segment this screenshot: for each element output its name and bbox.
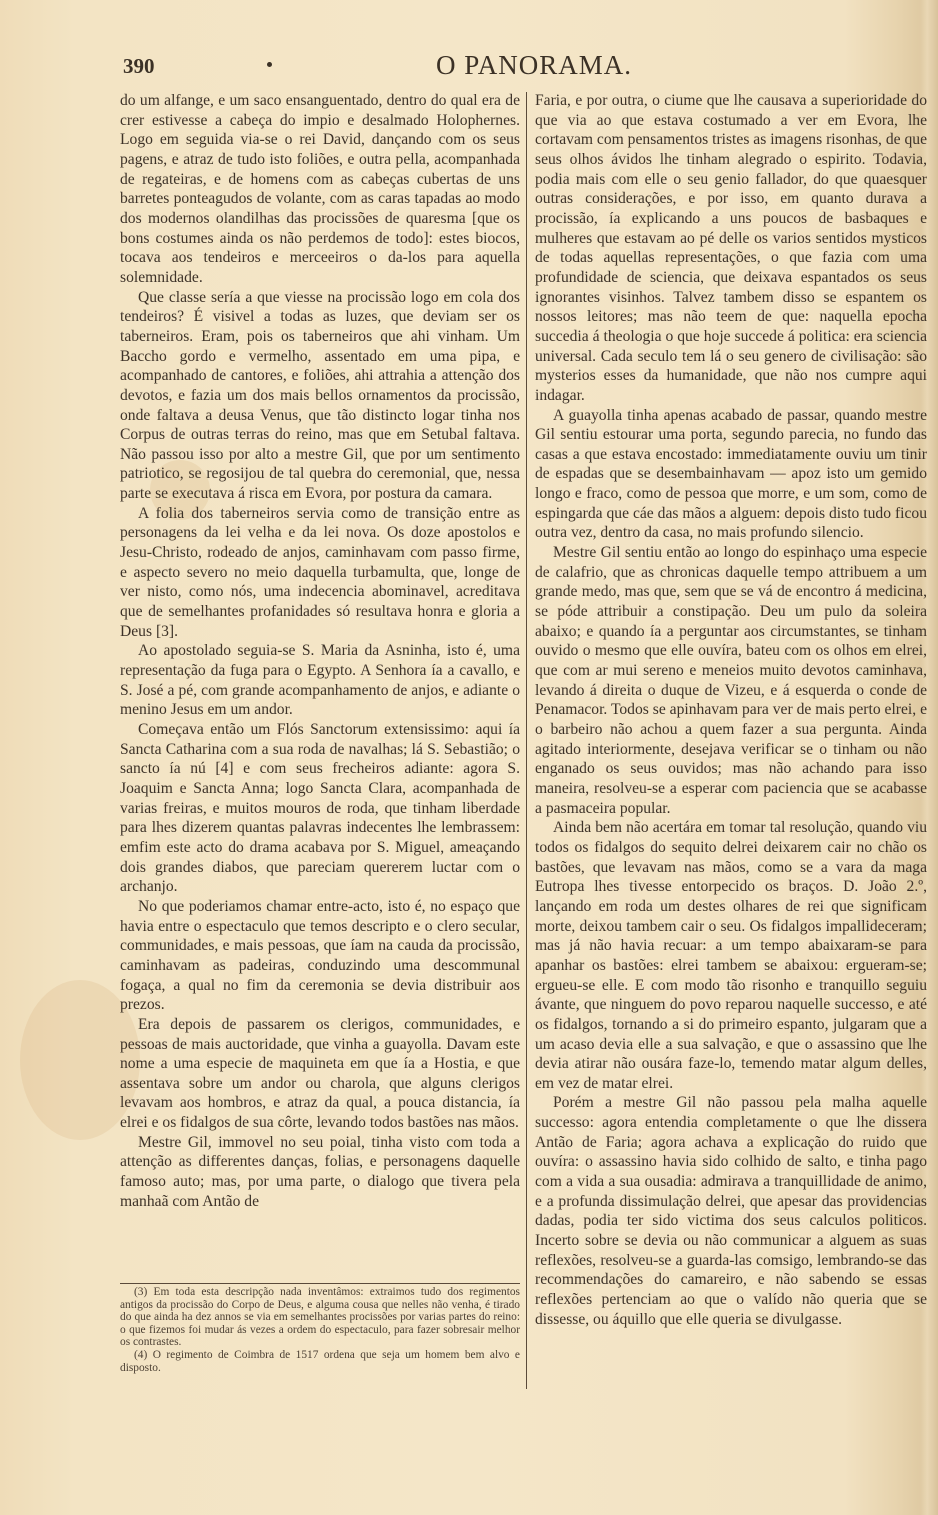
paragraph: Ainda bem não acertára em tomar tal reso… bbox=[535, 818, 927, 1093]
left-column: do um alfange, e um saco ensanguentado, … bbox=[120, 91, 520, 1211]
paragraph: Que classe sería a que viesse na prociss… bbox=[120, 288, 520, 504]
running-title: O PANORAMA. bbox=[436, 50, 632, 81]
paragraph: Começava então um Flós Sanctorum extensi… bbox=[120, 720, 520, 897]
paragraph: A folia dos taberneiros servia como de t… bbox=[120, 504, 520, 642]
footnote: (3) Em toda esta descripção nada inventâ… bbox=[120, 1286, 520, 1349]
paragraph: No que poderiamos chamar entre-acto, ist… bbox=[120, 897, 520, 1015]
paragraph: Mestre Gil sentiu então ao longo do espi… bbox=[535, 543, 927, 818]
footnote: (4) O regimento de Coimbra de 1517 orden… bbox=[120, 1349, 520, 1374]
page-number: 390 bbox=[123, 54, 155, 79]
paragraph: Faria, e por outra, o ciume que lhe caus… bbox=[535, 91, 927, 406]
paragraph: A guayolla tinha apenas acabado de passa… bbox=[535, 406, 927, 544]
right-column: Faria, e por outra, o ciume que lhe caus… bbox=[535, 91, 927, 1329]
footnotes: (3) Em toda esta descripção nada inventâ… bbox=[120, 1286, 520, 1374]
paragraph: Era depois de passarem os clerigos, comm… bbox=[120, 1015, 520, 1133]
footnote-divider bbox=[120, 1283, 520, 1284]
paragraph: Mestre Gil, immovel no seu poial, tinha … bbox=[120, 1133, 520, 1212]
paragraph: do um alfange, e um saco ensanguentado, … bbox=[120, 91, 520, 288]
header-ornament-dot bbox=[267, 62, 272, 67]
page-header: 390 O PANORAMA. bbox=[110, 50, 922, 90]
paragraph: Ao apostolado seguia-se S. Maria da Asni… bbox=[120, 641, 520, 720]
column-divider bbox=[526, 92, 527, 1389]
paragraph: Porém a mestre Gil não passou pela malha… bbox=[535, 1093, 927, 1329]
